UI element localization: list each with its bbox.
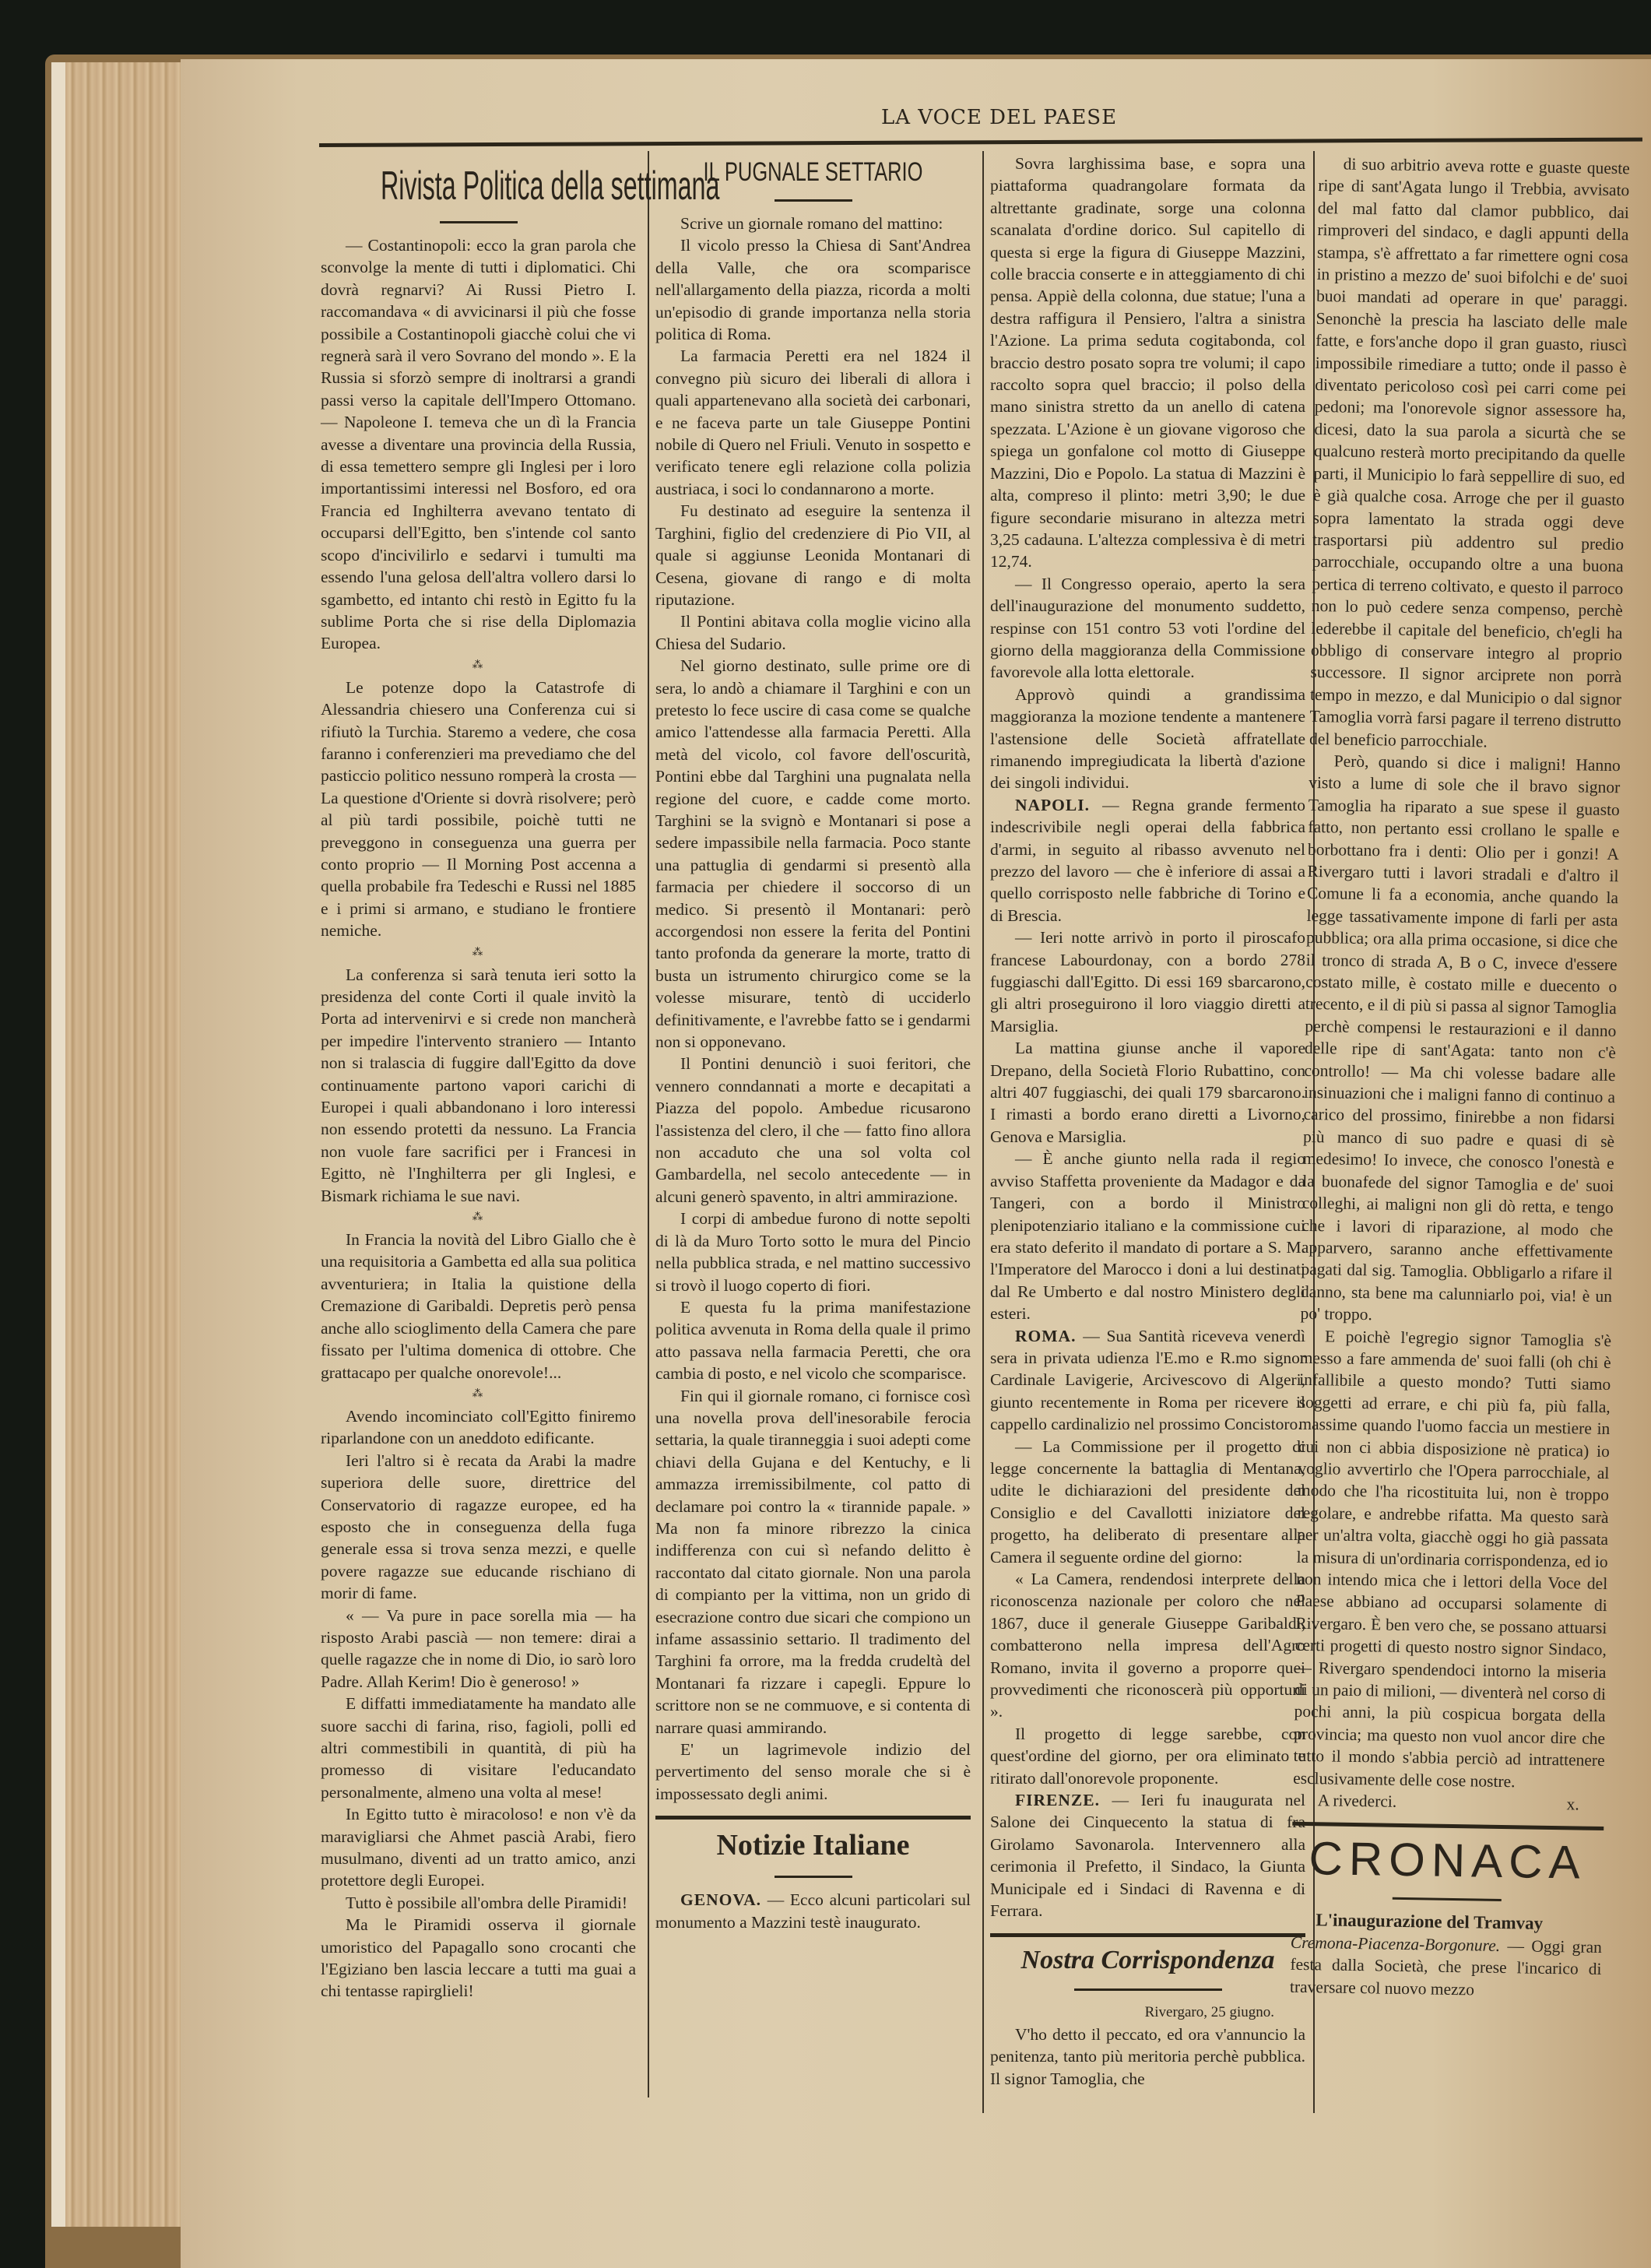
paragraph: In Egitto tutto è miracoloso! e non v'è … [321,1803,636,1892]
paragraph: — È anche giunto nella rada il regio avv… [990,1148,1305,1324]
article-title: Rivista Politica della settimana [381,159,576,213]
paragraph: « La Camera, rendendosi interprete della… [990,1568,1305,1723]
title-rule [440,221,518,223]
paragraph: Fin qui il giornale romano, ci fornisce … [655,1385,971,1739]
paragraph: E poichè l'egregio signor Tamoglia s'è m… [1293,1324,1611,1794]
news-text: — Ieri fu inaugurata nel Salone dei Cinq… [990,1791,1305,1920]
paragraph: Però, quando si dice i maligni! Hanno vi… [1300,750,1621,1330]
section-title: Nostra Corrispondenza [990,1940,1305,1981]
paragraph: Il Pontini denunciò i suoi feritori, che… [655,1053,971,1208]
signoff: A rivederci. x. [1293,1789,1604,1816]
title-rule [775,1876,852,1878]
paragraph: La farmacia Peretti era nel 1824 il conv… [655,345,971,500]
subheading-route: Cremona-Piacenza-Borgonure. [1291,1933,1501,1955]
page-edges [51,62,198,2227]
section-separator-stars: ⁂ [321,1207,636,1229]
title-rule [1074,1988,1222,1991]
news-text: — Regna grande fermento indescrivibile n… [990,796,1305,925]
news-body: — Ieri notte arrivò in porto il piroscaf… [990,927,1305,1324]
paragraph: E diffatti immediatamente ha mandato all… [321,1693,636,1803]
section-separator-stars: ⁂ [321,1384,636,1405]
paragraph: Scrive un giornale romano del mattino: [655,213,971,234]
news-body: — La Commissione per il progetto di legg… [990,1436,1305,1790]
paragraph: « — Va pure in pace sorella mia — ha ris… [321,1605,636,1693]
column-3: Sovra larghissima base, e sopra una piat… [990,153,1305,2090]
title-rule [1393,1897,1502,1901]
header-rule [319,138,1642,147]
section-separator-stars: ⁂ [321,655,636,677]
column-4: di suo arbitrio aveva rotte e guaste que… [1290,153,1630,2003]
article-body: Sovra larghissima base, e sopra una piat… [990,153,1305,794]
column-2: IL PUGNALE SETTARIO Scrive un giornale r… [655,153,971,1933]
paragraph: Approvò quindi a grandissima maggioranza… [990,684,1305,794]
paragraph: Le potenze dopo la Catastrofe di Alessan… [321,677,636,942]
place-name: NAPOLI. [1015,796,1090,814]
place-name: GENOVA. [680,1890,761,1909]
section-rule [990,1933,1305,1937]
place-name: ROMA. [1015,1327,1076,1345]
paragraph: E' un lagrimevole indizio del pervertime… [655,1739,971,1805]
paragraph: — Costantinopoli: ecco la gran parola ch… [321,234,636,655]
section-rule [655,1816,971,1820]
place-name: FIRENZE. [1015,1791,1100,1809]
paragraph: La mattina giunse anche il vapore Drepan… [990,1037,1305,1148]
letter-text: V'ho detto il peccato, ed ora v'annuncio… [990,2024,1305,2090]
article-body: — Costantinopoli: ecco la gran parola ch… [321,234,636,2003]
paragraph: — Ieri notte arrivò in porto il piroscaf… [990,927,1305,1037]
section-separator-stars: ⁂ [321,942,636,964]
paragraph: — La Commissione per il progetto di legg… [990,1436,1305,1568]
signature: x. [1566,1793,1579,1816]
paragraph: Sovra larghissima base, e sopra una piat… [990,153,1305,573]
paragraph: di suo arbitrio aveva rotte e guaste que… [1309,153,1630,754]
paragraph: — Il Congresso operaio, aperto la sera d… [990,573,1305,684]
masthead-title: LA VOCE DEL PAESE [881,106,1117,129]
title-rule [775,199,852,202]
paragraph: Il progetto di legge sarebbe, con quest'… [990,1723,1305,1789]
newspaper-page: LA VOCE DEL PAESE Rivista Politica della… [181,59,1651,2268]
column-1: Rivista Politica della settimana — Costa… [321,153,636,2003]
paragraph: Tutto è possibile all'ombra delle Pirami… [321,1892,636,1914]
paragraph: Ieri l'altro si è recata da Arabi la mad… [321,1450,636,1605]
section-title: CRONACA [1291,1829,1604,1893]
article-body: Scrive un giornale romano del mattino:Il… [655,213,971,1805]
article-title: IL PUGNALE SETTARIO [695,153,932,192]
section-title: Notizie Italiane [655,1823,971,1868]
column-divider [648,151,649,2097]
paragraph: In Francia la novità del Libro Giallo ch… [321,1229,636,1384]
signoff-text: A rivederci. [1318,1789,1397,1813]
paragraph: Ma le Piramidi osserva il giornale umori… [321,1914,636,2003]
paragraph: Fu destinato ad eseguire la sentenza il … [655,500,971,610]
paragraph: I corpi di ambedue furono di notte sepol… [655,1208,971,1296]
paragraph: E questa fu la prima manifestazione poli… [655,1296,971,1385]
dateline: Rivergaro, 25 giugno. [990,2002,1305,2024]
paragraph: Nel giorno destinato, sulle prime ore di… [655,655,971,1053]
paragraph: Avendo incominciato coll'Egitto finiremo… [321,1405,636,1450]
letter-body: di suo arbitrio aveva rotte e guaste que… [1293,153,1630,1794]
paragraph: La conferenza si sarà tenuta ieri sotto … [321,964,636,1207]
column-divider [982,151,984,2113]
paragraph: Il vicolo presso la Chiesa di Sant'Andre… [655,234,971,345]
subheading: L'inaugurazione del Tramvay [1316,1911,1543,1934]
paragraph: Il Pontini abitava colla moglie vicino a… [655,610,971,655]
